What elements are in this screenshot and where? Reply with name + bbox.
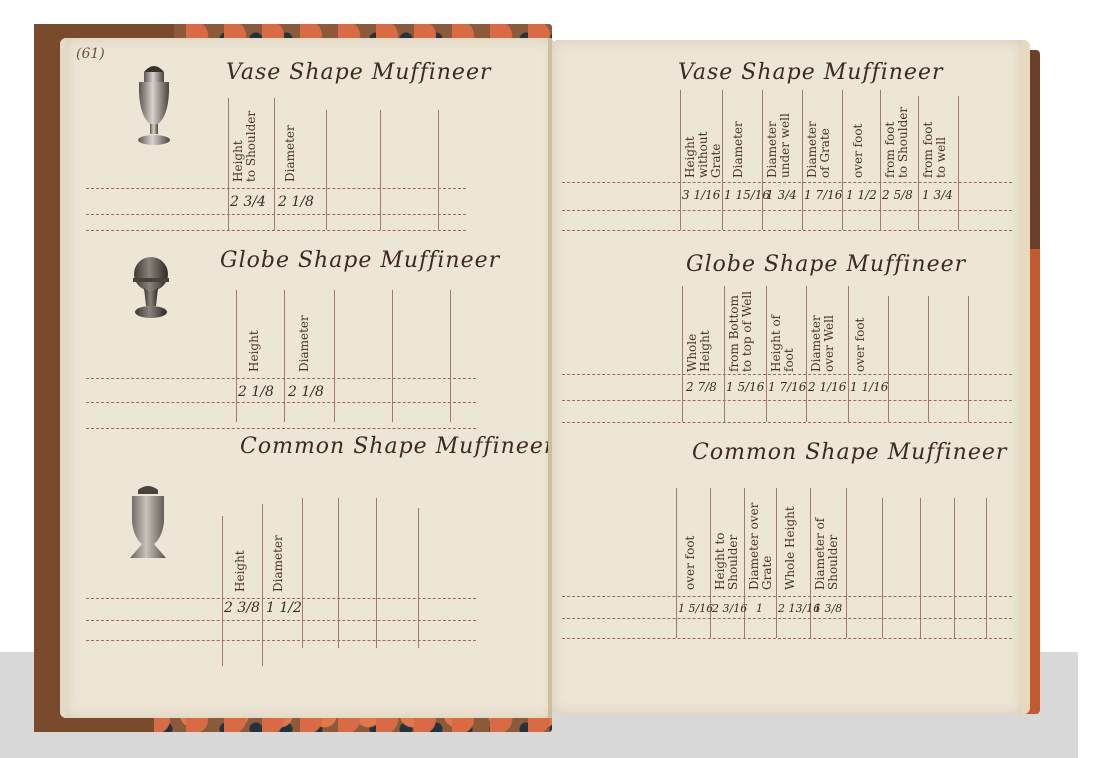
table-cell: 1 3/4 bbox=[766, 188, 797, 202]
column-header: Diameter bbox=[298, 300, 311, 372]
column-header: Height to Shoulder bbox=[232, 110, 258, 182]
section-title-common-right: Common Shape Muffineer bbox=[692, 440, 1007, 465]
column-header: from foot to Shoulder bbox=[884, 98, 910, 178]
table-cell: 1 5/16 bbox=[726, 380, 764, 394]
column-header: over foot bbox=[854, 296, 867, 372]
rule-v bbox=[724, 286, 725, 422]
table-cell: 2 3/16 bbox=[712, 602, 747, 615]
column-header: Diameter of Shoulder bbox=[814, 498, 840, 590]
column-header: Diameter bbox=[284, 120, 297, 182]
rule-h bbox=[86, 598, 476, 599]
rule-h bbox=[562, 210, 1012, 211]
rule-v bbox=[222, 516, 223, 666]
column-header: Height to Shoulder bbox=[714, 498, 740, 590]
rule-v bbox=[682, 286, 683, 422]
rule-v bbox=[766, 286, 767, 422]
rule-h bbox=[86, 620, 476, 621]
column-header: Whole Height bbox=[784, 498, 797, 590]
rule-h bbox=[86, 378, 476, 379]
common-muffineer-icon bbox=[122, 482, 174, 562]
table-cell: 1 3/8 bbox=[814, 602, 842, 615]
leather-corner-top bbox=[34, 24, 174, 38]
right-page: Vase Shape Muffineer Height without Grat… bbox=[552, 40, 1030, 714]
rule-h bbox=[86, 230, 466, 231]
rule-v bbox=[762, 90, 763, 230]
rule-v bbox=[262, 504, 263, 666]
globe-muffineer-icon bbox=[126, 254, 176, 324]
rule-v bbox=[954, 498, 955, 638]
column-header: Whole Height bbox=[686, 296, 712, 372]
rule-h bbox=[562, 638, 1012, 639]
table-cell: 2 5/8 bbox=[882, 188, 913, 202]
rule-v bbox=[418, 508, 419, 648]
column-header: over foot bbox=[684, 498, 697, 590]
table-cell: 1 7/16 bbox=[804, 188, 842, 202]
column-header: Height bbox=[248, 308, 261, 372]
rule-v bbox=[438, 110, 439, 230]
table-cell: 1 5/16 bbox=[678, 602, 713, 615]
column-header: over foot bbox=[852, 98, 865, 178]
rule-v bbox=[326, 110, 327, 230]
rule-h bbox=[562, 596, 1012, 597]
column-header: Diameter over Grate bbox=[748, 498, 774, 590]
rule-v bbox=[810, 488, 811, 638]
column-header: Diameter under well bbox=[766, 98, 792, 178]
rule-v bbox=[338, 498, 339, 648]
rule-v bbox=[680, 90, 681, 230]
vase-muffineer-icon bbox=[130, 60, 178, 148]
column-header: Diameter bbox=[272, 516, 285, 592]
table-cell: 1 7/16 bbox=[768, 380, 806, 394]
rule-v bbox=[302, 498, 303, 648]
table-cell: 2 3/4 bbox=[230, 194, 266, 210]
column-header: from foot to well bbox=[922, 98, 948, 178]
table-cell: 1 bbox=[756, 602, 763, 615]
column-header: Diameter over Well bbox=[810, 296, 836, 372]
column-header: Diameter of Grate bbox=[806, 98, 832, 178]
section-title-vase-left: Vase Shape Muffineer bbox=[226, 60, 491, 85]
rule-v bbox=[848, 286, 849, 422]
rule-v bbox=[846, 488, 847, 638]
table-cell: 1 3/4 bbox=[922, 188, 953, 202]
rule-h bbox=[86, 640, 476, 641]
rule-h bbox=[562, 374, 1012, 375]
rule-v bbox=[888, 296, 889, 422]
column-header: from Bottom to top of Well bbox=[728, 296, 754, 372]
rule-v bbox=[744, 488, 745, 638]
rule-h bbox=[86, 188, 466, 189]
rule-h bbox=[562, 618, 1012, 619]
rule-v bbox=[228, 98, 229, 230]
column-header: Height without Grate bbox=[684, 98, 723, 178]
rule-v bbox=[802, 90, 803, 230]
column-header: Height of foot bbox=[770, 296, 796, 372]
rule-v bbox=[986, 498, 987, 638]
rule-h bbox=[562, 182, 1012, 183]
rule-v bbox=[676, 488, 677, 638]
table-cell: 2 1/8 bbox=[288, 384, 324, 400]
rule-h bbox=[562, 230, 1012, 231]
rule-v bbox=[880, 90, 881, 230]
column-header: Diameter bbox=[732, 98, 745, 178]
open-ledger-book: (61) Vase Shape Muffineer Height to Shou… bbox=[34, 24, 1040, 732]
rule-v bbox=[882, 498, 883, 638]
rule-v bbox=[380, 110, 381, 230]
table-cell: 2 7/8 bbox=[686, 380, 717, 394]
table-cell: 1 1/2 bbox=[266, 600, 302, 616]
rule-v bbox=[274, 98, 275, 230]
rule-v bbox=[376, 498, 377, 648]
table-cell: 1 1/2 bbox=[846, 188, 877, 202]
table-cell: 2 1/8 bbox=[238, 384, 274, 400]
table-cell: 3 1/16 bbox=[682, 188, 720, 202]
column-header: Height bbox=[234, 532, 247, 592]
rule-v bbox=[710, 488, 711, 638]
rule-h bbox=[86, 428, 476, 429]
table-cell: 1 1/16 bbox=[850, 380, 888, 394]
rule-v bbox=[776, 488, 777, 638]
rule-v bbox=[928, 296, 929, 422]
leather-corner-bottom bbox=[34, 718, 154, 732]
table-cell: 2 1/16 bbox=[808, 380, 846, 394]
rule-v bbox=[920, 498, 921, 638]
rule-v bbox=[968, 296, 969, 422]
rule-h bbox=[562, 400, 1012, 401]
rule-h bbox=[86, 214, 466, 215]
rule-h bbox=[86, 402, 476, 403]
left-page: (61) Vase Shape Muffineer Height to Shou… bbox=[60, 38, 554, 718]
section-title-vase-right: Vase Shape Muffineer bbox=[678, 60, 943, 85]
section-title-common-left: Common Shape Muffineer bbox=[240, 434, 555, 459]
rule-v bbox=[842, 90, 843, 230]
section-title-globe-right: Globe Shape Muffineer bbox=[686, 252, 966, 277]
rule-h bbox=[562, 422, 1012, 423]
section-title-globe-left: Globe Shape Muffineer bbox=[220, 248, 500, 273]
page-number: (61) bbox=[76, 46, 105, 62]
rule-v bbox=[806, 286, 807, 422]
table-cell: 2 1/8 bbox=[278, 194, 314, 210]
table-cell: 2 3/8 bbox=[224, 600, 260, 616]
table-cell: 1 15/16 bbox=[724, 188, 770, 202]
